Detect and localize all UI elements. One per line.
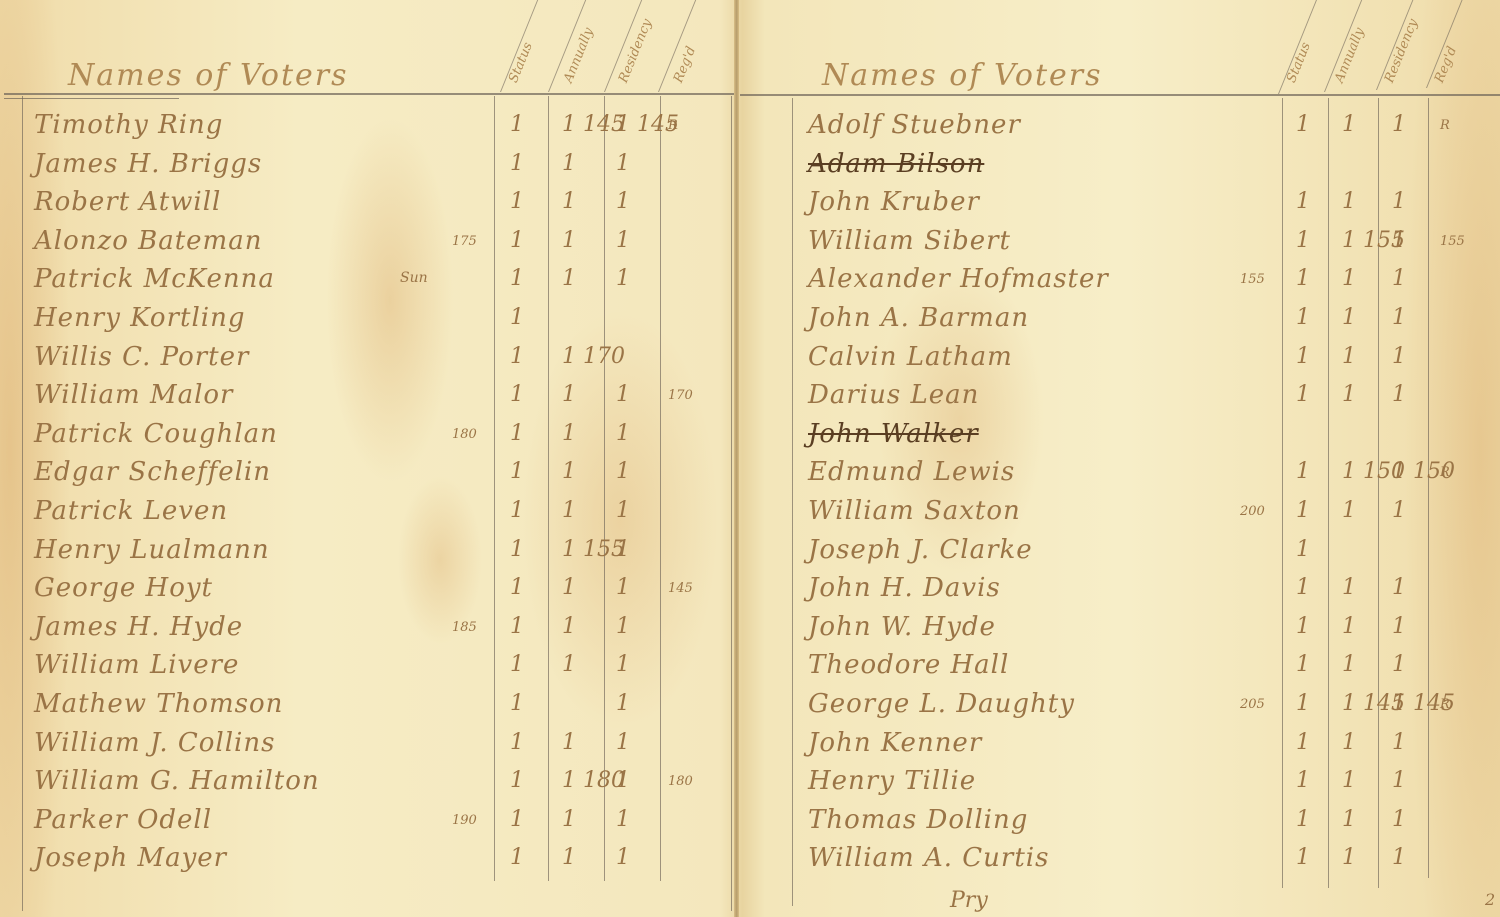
voter-name: Henry Lualmann — [34, 535, 270, 565]
voter-row: Calvin Latham111 — [740, 340, 1500, 378]
status-mark: 1 — [510, 730, 524, 755]
status-mark: 1 — [1296, 344, 1310, 369]
residency-mark: 1 — [616, 498, 630, 523]
column-header-annually: Annually — [561, 26, 597, 85]
voter-row: Robert Atwill111 — [0, 185, 735, 223]
voter-name: Joseph Mayer — [34, 843, 227, 873]
voter-row: John Kenner111 — [740, 726, 1500, 764]
pre-column-value: 190 — [452, 813, 477, 828]
residency-mark: 1 — [1392, 807, 1406, 832]
status-mark: 1 — [510, 112, 524, 137]
annually-mark: 1 — [1342, 807, 1356, 832]
voter-name: Calvin Latham — [808, 342, 1013, 372]
voter-row: Adam Bilson — [740, 147, 1500, 185]
right-page-header: Names of Voters — [822, 58, 1103, 93]
status-mark: 1 — [1296, 845, 1310, 870]
voter-row: William J. Collins111 — [0, 726, 735, 764]
annually-mark: 1 — [1342, 112, 1356, 137]
registered-note: R — [1440, 465, 1450, 480]
residency-mark: 1 — [616, 614, 630, 639]
annually-mark: 1 — [562, 730, 576, 755]
voter-name: Timothy Ring — [34, 110, 223, 140]
annually-mark: 1 — [562, 498, 576, 523]
status-mark: 1 — [1296, 459, 1310, 484]
voter-row: Mathew Thomson11 — [0, 687, 735, 725]
voter-name: William G. Hamilton — [34, 766, 320, 796]
voter-name: Patrick McKenna — [34, 264, 275, 294]
voter-name: John Kenner — [808, 728, 982, 758]
voter-row: Henry Lualmann11 1551 — [0, 533, 735, 571]
annually-mark: 1 — [1342, 189, 1356, 214]
voter-row: John H. Davis111 — [740, 571, 1500, 609]
column-header-residency: Residency — [616, 17, 655, 85]
residency-mark: 1 — [1392, 614, 1406, 639]
residency-mark: 1 — [616, 807, 630, 832]
header-rule — [740, 94, 1500, 96]
annually-mark: 1 — [562, 459, 576, 484]
book-gutter — [734, 0, 739, 917]
left-page: Names of Voters Status Annually Residenc… — [0, 0, 735, 917]
status-mark: 1 — [510, 266, 524, 291]
annually-mark: 1 — [1342, 266, 1356, 291]
status-mark: 1 — [510, 614, 524, 639]
voter-name: Mathew Thomson — [34, 689, 283, 719]
status-mark: 1 — [510, 768, 524, 793]
residency-mark: 1 — [616, 730, 630, 755]
voter-name: Willis C. Porter — [34, 342, 249, 372]
voter-row: William A. Curtis111 — [740, 841, 1500, 879]
pre-column-value: 155 — [1240, 272, 1265, 287]
annually-mark: 1 — [562, 382, 576, 407]
status-mark: 1 — [510, 652, 524, 677]
voter-row: Patrick Leven111 — [0, 494, 735, 532]
status-mark: 1 — [510, 382, 524, 407]
pre-column-value: 205 — [1240, 697, 1265, 712]
voter-row: Patrick McKenna111 — [0, 262, 735, 300]
voter-name: Joseph J. Clarke — [808, 535, 1033, 565]
status-mark: 1 — [510, 575, 524, 600]
voter-name: Patrick Leven — [34, 496, 228, 526]
right-page: Names of Voters Status Annually Residenc… — [740, 0, 1500, 917]
voter-name: William Malor — [34, 380, 233, 410]
annually-mark: 1 — [1342, 382, 1356, 407]
status-mark: 1 — [1296, 691, 1310, 716]
residency-mark: 1 — [1392, 498, 1406, 523]
voter-name: Patrick Coughlan — [34, 419, 278, 449]
status-mark: 1 — [510, 845, 524, 870]
voter-row: John Walker — [740, 417, 1500, 455]
residency-mark: 1 — [1392, 344, 1406, 369]
annually-mark: 1 170 — [562, 344, 625, 369]
residency-mark: 1 — [616, 691, 630, 716]
status-mark: 1 — [1296, 652, 1310, 677]
voter-row: Darius Lean111 — [740, 378, 1500, 416]
voter-name: William J. Collins — [34, 728, 275, 758]
residency-mark: 1 — [616, 459, 630, 484]
voter-name: Henry Kortling — [34, 303, 245, 333]
voter-name: George L. Daughty — [808, 689, 1075, 719]
status-mark: 1 — [1296, 614, 1310, 639]
status-mark: 1 — [1296, 768, 1310, 793]
voter-row: Joseph J. Clarke1 — [740, 533, 1500, 571]
voter-row: Parker Odell190111 — [0, 803, 735, 841]
header-rule-short — [4, 98, 179, 99]
voter-row: Patrick Coughlan180111 — [0, 417, 735, 455]
status-mark: 1 — [1296, 305, 1310, 330]
voter-name: Alexander Hofmaster — [808, 264, 1109, 294]
voter-name: John Walker — [808, 419, 979, 449]
status-mark: 1 — [1296, 112, 1310, 137]
ledger-spread: Names of Voters Status Annually Residenc… — [0, 0, 1500, 917]
annually-mark: 1 — [1342, 498, 1356, 523]
voter-row: Timothy Ring11 1451 145R — [0, 108, 735, 146]
voter-name: Adam Bilson — [808, 149, 984, 179]
voter-row: Alonzo Bateman175111 — [0, 224, 735, 262]
registered-note: 180 — [668, 774, 693, 789]
residency-mark: 1 — [1392, 189, 1406, 214]
pre-column-value: 200 — [1240, 504, 1265, 519]
voter-row: Thomas Dolling111 — [740, 803, 1500, 841]
voter-name: George Hoyt — [34, 573, 213, 603]
voter-row: Henry Tillie111 — [740, 764, 1500, 802]
status-mark: 1 — [510, 305, 524, 330]
status-mark: 1 — [1296, 730, 1310, 755]
residency-mark: 1 — [1392, 228, 1406, 253]
voter-name: John W. Hyde — [808, 612, 996, 642]
voter-row: Adolf Stuebner111R — [740, 108, 1500, 146]
voter-row: George L. Daughty20511 1451 145R — [740, 687, 1500, 725]
annually-mark: 1 — [1342, 652, 1356, 677]
voter-name: James H. Hyde — [34, 612, 243, 642]
residency-mark: 1 — [616, 575, 630, 600]
residency-mark: 1 — [1392, 768, 1406, 793]
voter-name: Parker Odell — [34, 805, 212, 835]
annually-mark: 1 — [562, 845, 576, 870]
voter-row: John A. Barman111 — [740, 301, 1500, 339]
residency-mark: 1 — [616, 768, 630, 793]
residency-mark: 1 — [616, 537, 630, 562]
voter-row: John Kruber111 — [740, 185, 1500, 223]
annually-mark: 1 — [1342, 344, 1356, 369]
voter-name: Edmund Lewis — [808, 457, 1015, 487]
residency-mark: 1 — [616, 652, 630, 677]
annually-mark: 1 — [1342, 614, 1356, 639]
voter-name: Robert Atwill — [34, 187, 221, 217]
pre-column-value: 180 — [452, 427, 477, 442]
annually-mark: 1 — [562, 575, 576, 600]
registered-note: R — [668, 118, 678, 133]
voter-name: Alonzo Bateman — [34, 226, 262, 256]
status-mark: 1 — [510, 498, 524, 523]
registered-note: R — [1440, 118, 1450, 133]
voter-row: Edmund Lewis11 1501 150R — [740, 455, 1500, 493]
residency-mark: 1 — [1392, 652, 1406, 677]
status-mark: 1 — [510, 344, 524, 369]
page-number: 2 — [1485, 890, 1495, 909]
residency-mark: 1 — [1392, 266, 1406, 291]
residency-mark: 1 — [616, 421, 630, 446]
voter-row: William Malor111170 — [0, 378, 735, 416]
annually-mark: 1 — [1342, 768, 1356, 793]
voter-row: William Saxton200111 — [740, 494, 1500, 532]
voter-name: Henry Tillie — [808, 766, 976, 796]
voter-row: George Hoyt111145 — [0, 571, 735, 609]
residency-mark: 1 — [1392, 845, 1406, 870]
voter-name: Darius Lean — [808, 380, 979, 410]
status-mark: 1 — [510, 459, 524, 484]
voter-row: Theodore Hall111 — [740, 648, 1500, 686]
registered-note: 170 — [668, 388, 693, 403]
voter-row: James H. Hyde185111 — [0, 610, 735, 648]
status-mark: 1 — [510, 151, 524, 176]
voter-row: John W. Hyde111 — [740, 610, 1500, 648]
residency-mark: 1 — [616, 228, 630, 253]
annually-mark: 1 — [1342, 845, 1356, 870]
registered-note: 155 — [1440, 234, 1465, 249]
status-mark: 1 — [1296, 498, 1310, 523]
annually-mark: 1 — [562, 266, 576, 291]
voter-name: Theodore Hall — [808, 650, 1009, 680]
voter-row: Willis C. Porter11 170 — [0, 340, 735, 378]
annually-mark: 1 — [1342, 305, 1356, 330]
residency-mark: 1 — [1392, 730, 1406, 755]
residency-mark: 1 — [1392, 575, 1406, 600]
voter-row: Henry Kortling1 — [0, 301, 735, 339]
annually-mark: 1 — [1342, 575, 1356, 600]
status-mark: 1 — [1296, 807, 1310, 832]
annually-mark: 1 — [562, 189, 576, 214]
status-mark: 1 — [510, 537, 524, 562]
pre-column-value: 175 — [452, 234, 477, 249]
annually-mark: 1 — [562, 421, 576, 446]
registered-note: R — [1440, 697, 1450, 712]
voter-name: William Livere — [34, 650, 239, 680]
pre-column-value: 185 — [452, 620, 477, 635]
column-header-status: Status — [1284, 40, 1314, 85]
voter-row: Joseph Mayer111 — [0, 841, 735, 879]
header-rule — [4, 93, 734, 95]
voter-row: William Sibert11 1551155 — [740, 224, 1500, 262]
left-page-header: Names of Voters — [68, 58, 349, 93]
footer-note: Pry — [950, 888, 988, 913]
residency-mark: 1 — [1392, 305, 1406, 330]
residency-mark: 1 — [616, 189, 630, 214]
voter-row: Alexander Hofmaster155111 — [740, 262, 1500, 300]
status-mark: 1 — [1296, 537, 1310, 562]
residency-mark: 1 — [1392, 382, 1406, 407]
voter-name: William Sibert — [808, 226, 1011, 256]
annually-mark: 1 — [1342, 730, 1356, 755]
voter-name: John Kruber — [808, 187, 980, 217]
voter-row: William G. Hamilton11 1801180 — [0, 764, 735, 802]
annually-mark: 1 — [562, 652, 576, 677]
status-mark: 1 — [510, 691, 524, 716]
status-mark: 1 — [510, 189, 524, 214]
voter-name: Edgar Scheffelin — [34, 457, 271, 487]
voter-name: John A. Barman — [808, 303, 1029, 333]
status-mark: 1 — [510, 228, 524, 253]
status-mark: 1 — [510, 421, 524, 446]
residency-mark: 1 — [616, 151, 630, 176]
residency-mark: 1 — [616, 845, 630, 870]
voter-row: William Livere111 — [0, 648, 735, 686]
annually-mark: 1 — [562, 614, 576, 639]
voter-name: James H. Briggs — [34, 149, 262, 179]
voter-name: William A. Curtis — [808, 843, 1049, 873]
voter-name: John H. Davis — [808, 573, 1001, 603]
status-mark: 1 — [1296, 575, 1310, 600]
voter-name: Thomas Dolling — [808, 805, 1028, 835]
registered-note: 145 — [668, 581, 693, 596]
annually-mark: 1 — [562, 151, 576, 176]
voter-name: William Saxton — [808, 496, 1021, 526]
residency-mark: 1 — [1392, 112, 1406, 137]
residency-mark: 1 — [616, 382, 630, 407]
status-mark: 1 — [1296, 266, 1310, 291]
annually-mark: 1 — [562, 228, 576, 253]
status-mark: 1 — [1296, 228, 1310, 253]
residency-mark: 1 — [616, 266, 630, 291]
status-mark: 1 — [1296, 189, 1310, 214]
voter-row: James H. Briggs111 — [0, 147, 735, 185]
status-mark: 1 — [510, 807, 524, 832]
voter-name: Adolf Stuebner — [808, 110, 1021, 140]
status-mark: 1 — [1296, 382, 1310, 407]
voter-row: Edgar Scheffelin111 — [0, 455, 735, 493]
annually-mark: 1 — [562, 807, 576, 832]
